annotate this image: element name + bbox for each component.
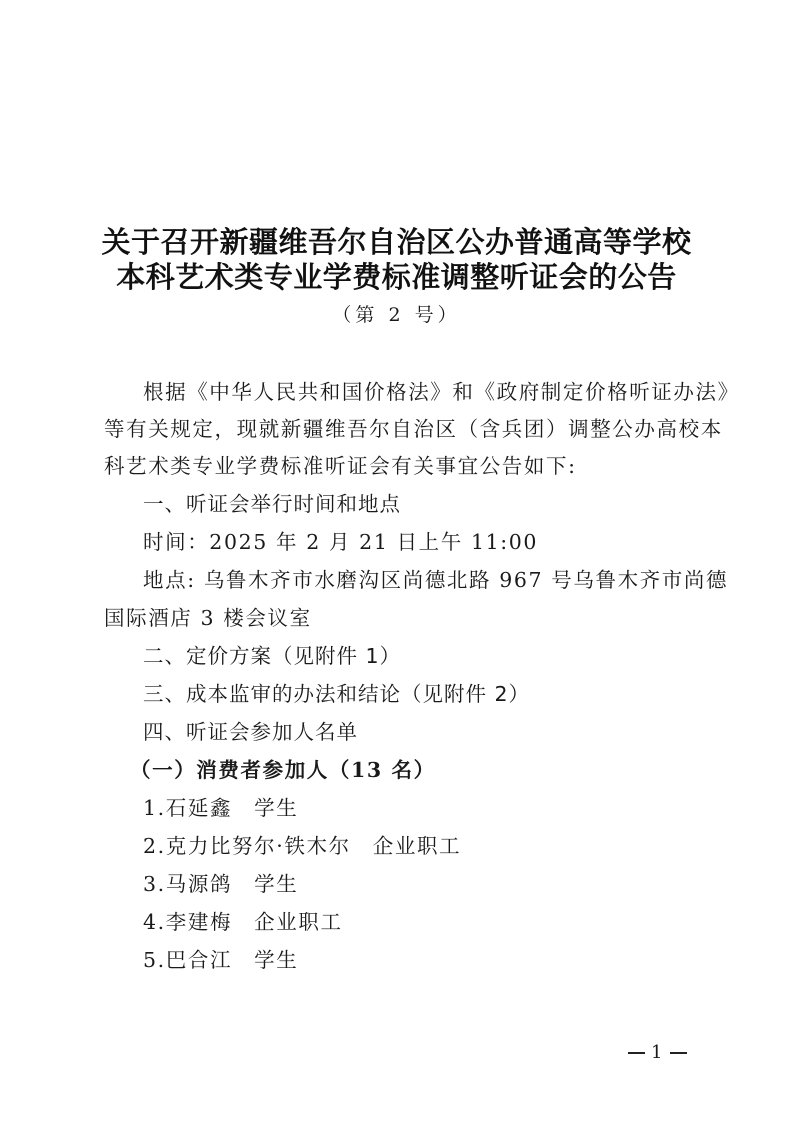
section-1-heading: 一、听证会举行时间和地点 — [143, 491, 401, 517]
participant-item: 5.巴合江 学生 — [143, 947, 298, 973]
participant-item: 1.石延鑫 学生 — [143, 795, 298, 821]
participant-item: 4.李建梅 企业职工 — [143, 909, 343, 935]
location-line-2: 国际酒店 3 楼会议室 — [104, 605, 312, 631]
intro-line-2: 等有关规定，现就新疆维吾尔自治区（含兵团）调整公办高校本 — [104, 416, 723, 442]
page-number: 1 — [651, 1042, 664, 1063]
page-footer: 1 — [622, 1042, 693, 1063]
location-line-1: 地点: 乌鲁木齐市水磨沟区尚德北路 967 号乌鲁木齐市尚德 — [143, 567, 728, 593]
document-subtitle: （第 2 号） — [0, 300, 793, 327]
section-3-heading: 三、成本监审的办法和结论（见附件 2） — [143, 681, 530, 707]
time-line: 时间：2025 年 2 月 21 日上午 11:00 — [143, 529, 538, 555]
subsection-1-heading: （一）消费者参加人（13 名） — [130, 757, 436, 783]
dash-decoration — [628, 1052, 645, 1054]
section-4-heading: 四、听证会参加人名单 — [143, 719, 358, 745]
intro-line-3: 科艺术类专业学费标准听证会有关事宜公告如下: — [104, 453, 577, 479]
participant-item: 2.克力比努尔·铁木尔 企业职工 — [143, 833, 461, 859]
participant-item: 3.马源鸽 学生 — [143, 871, 298, 897]
document-title-line-2: 本科艺术类专业学费标准调整听证会的公告 — [0, 255, 793, 296]
dash-decoration — [670, 1052, 687, 1054]
section-2-heading: 二、定价方案（见附件 1） — [143, 643, 401, 669]
intro-line-1: 根据《中华人民共和国价格法》和《政府制定价格听证办法》 — [143, 379, 740, 405]
